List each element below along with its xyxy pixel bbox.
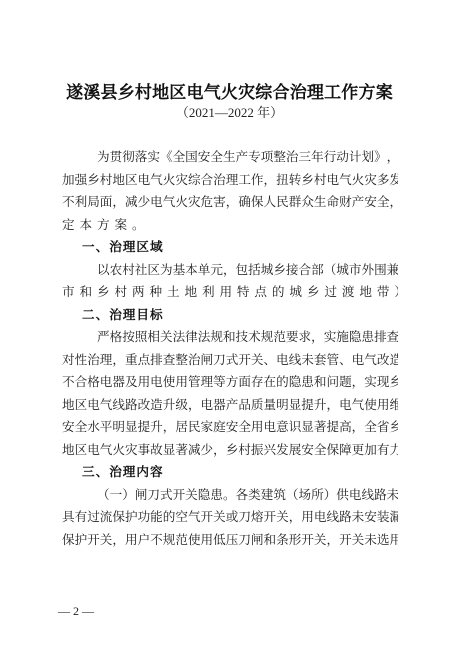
paragraph-content-line: （一）闸刀式开关隐患。各类建筑（场所）供电线路未安装 — [62, 484, 398, 507]
document-title: 遂溪县乡村地区电气火灾综合治理工作方案 — [0, 81, 459, 105]
paragraph-goal-line: 地区电气线路改造升级，电器产品质量明显提升，电气使用维护 — [62, 394, 398, 417]
paragraph-content-line: 保护开关，用户不规范使用低压刀闸和条形开关，开关未选用合 — [62, 529, 398, 552]
paragraph-goal-line: 严格按照相关法律法规和技术规范要求，实施隐患排查和针 — [62, 326, 398, 349]
page-number: — 2 — — [58, 602, 94, 620]
document-subtitle: （2021—2022 年） — [0, 104, 459, 122]
paragraph-area-line: 市和乡村两种土地利用特点的城乡过渡地带）。 — [62, 281, 398, 304]
paragraph-goal-line: 地区电气火灾事故显著减少，乡村振兴发展安全保障更加有力。 — [62, 439, 398, 462]
paragraph-goal-line: 不合格电器及用电使用管理等方面存在的隐患和问题，实现乡村 — [62, 371, 398, 394]
section-heading-goal: 二、治理目标 — [62, 304, 398, 327]
paragraph-goal-line: 安全水平明显提升，居民家庭安全用电意识显著提高，全省乡村 — [62, 416, 398, 439]
section-heading-area: 一、治理区域 — [62, 236, 398, 259]
paragraph-intro-line: 加强乡村地区电气火灾综合治理工作，扭转乡村电气火灾多发的 — [62, 169, 398, 192]
paragraph-intro-line: 为贯彻落实《全国安全生产专项整治三年行动计划》，切实 — [62, 146, 398, 169]
paragraph-content-line: 具有过流保护功能的空气开关或刀熔开关，用电线路未安装漏电 — [62, 506, 398, 529]
paragraph-goal-line: 对性治理，重点排查整治闸刀式开关、电线未套管、电气改造、 — [62, 349, 398, 372]
document-page: 遂溪县乡村地区电气火灾综合治理工作方案 （2021—2022 年） 为贯彻落实《… — [0, 0, 459, 650]
paragraph-area-line: 以农村社区为基本单元，包括城乡接合部（城市外围兼具城 — [62, 259, 398, 282]
paragraph-intro-line: 不利局面，减少电气火灾危害，确保人民群众生命财产安全，制 — [62, 191, 398, 214]
paragraph-intro-line: 定本方案。 — [62, 214, 398, 237]
section-heading-content: 三、治理内容 — [62, 461, 398, 484]
document-body: 为贯彻落实《全国安全生产专项整治三年行动计划》，切实 加强乡村地区电气火灾综合治… — [62, 146, 398, 551]
